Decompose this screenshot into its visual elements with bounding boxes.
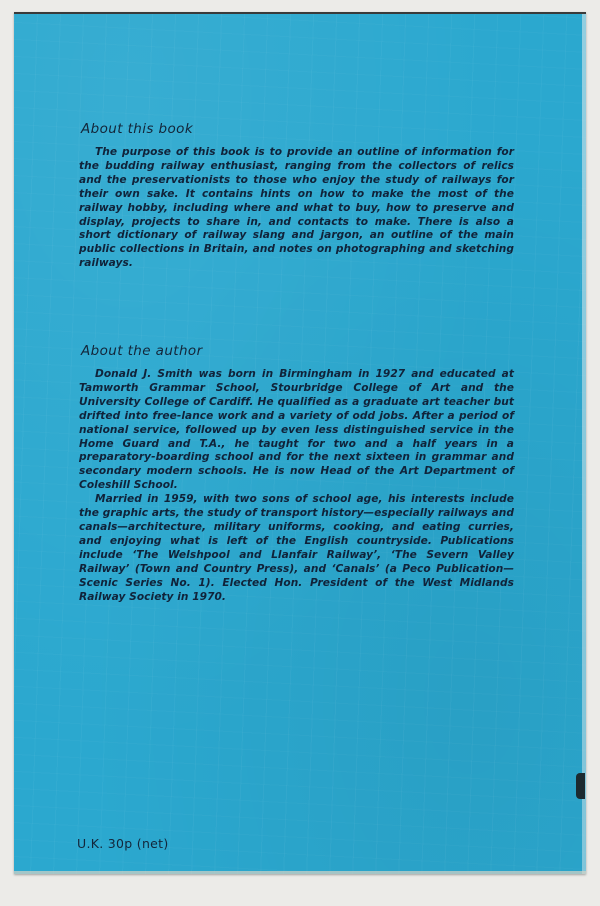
about-book-paragraph: The purpose of this book is to provide a…: [79, 146, 514, 271]
price-label: U.K. 30p (net): [77, 836, 169, 851]
about-book-text: The purpose of this book is to provide a…: [79, 146, 514, 271]
about-author-heading: About the author: [81, 343, 203, 359]
worn-edge: [582, 14, 586, 874]
about-author-text: Donald J. Smith was born in Birmingham i…: [79, 368, 514, 604]
about-author-paragraph: Married in 1959, with two sons of school…: [79, 493, 514, 604]
worn-edge: [14, 871, 586, 874]
about-book-heading: About this book: [81, 121, 193, 137]
edge-mark: [576, 773, 585, 799]
about-author-paragraph: Donald J. Smith was born in Birmingham i…: [79, 368, 514, 493]
